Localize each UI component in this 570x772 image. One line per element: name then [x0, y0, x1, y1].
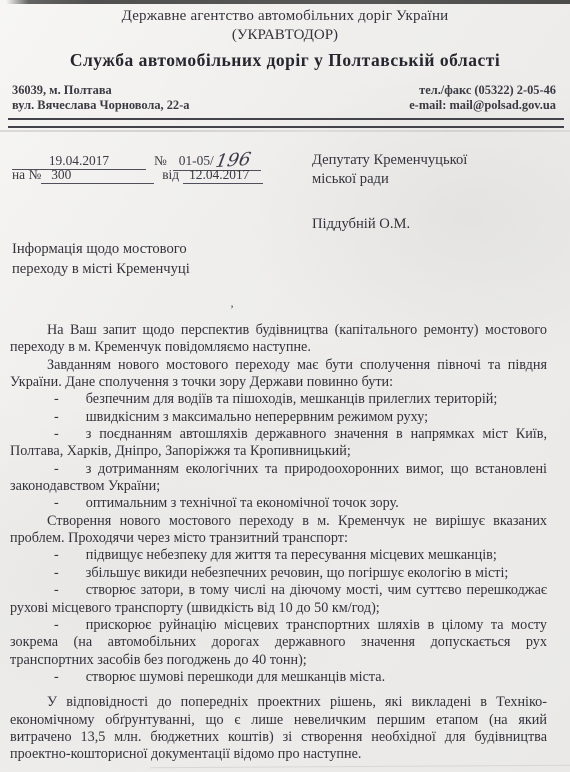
body-paragraph-4: У відповідності до попередніх проектних … — [10, 694, 547, 763]
requirement-item-text: швидкісним з максимально неперервним реж… — [86, 409, 428, 425]
bullet-dash: - — [54, 547, 59, 563]
letterhead-agency-name: Державне агентство автомобільних доріг У… — [0, 8, 570, 25]
problem-item: -створює затори, в тому числі на діючому… — [10, 582, 547, 617]
body-paragraph-2: Завданням нового мостового переходу має … — [10, 357, 547, 392]
problem-item-text: прискорює руйнацію місцевих транспортних… — [10, 617, 547, 668]
reference-number-block: 19.04.2017№01-05/196 на №300від12.04.201… — [12, 149, 263, 185]
outgoing-reference-row: 19.04.2017№01-05/196 — [12, 149, 263, 167]
bullet-dash: - — [54, 409, 59, 425]
problem-item-text: створює шумові перешкоди для мешканців м… — [86, 669, 385, 685]
letterhead-postal-address: 36039, м. Полтава вул. Вячеслава Чорново… — [12, 83, 189, 112]
requirement-item-text: оптимальним з технічної та економічної т… — [86, 495, 399, 511]
recipient-title-line1: Депутату Кременчуцької — [312, 151, 467, 170]
requirement-item-text: безпечним для водіїв та пішоходів, мешка… — [86, 391, 498, 407]
scan-streak-artifact — [0, 130, 570, 132]
number-sign-label: № — [154, 153, 167, 168]
problem-item-text: збільшує викиди небезпечних речовин, що … — [86, 565, 509, 581]
recipient-name: Піддубній О.М. — [312, 215, 467, 234]
recipient-title-line2: міської ради — [312, 170, 467, 189]
incoming-number-label: на № — [12, 167, 41, 182]
problem-item: -прискорює руйнацію місцевих транспортни… — [10, 617, 547, 669]
letterhead-divider-rule — [8, 118, 564, 128]
incoming-number-field: 300 — [41, 167, 154, 184]
bullet-dash: - — [54, 461, 59, 477]
requirement-item: -швидкісним з максимально неперервним ре… — [10, 409, 547, 426]
problem-item: -збільшує викиди небезпечних речовин, що… — [10, 565, 547, 582]
letterhead-service-title: Служба автомобільних доріг у Полтавській… — [0, 50, 570, 71]
requirement-item: -безпечним для водіїв та пішоходів, мешк… — [10, 391, 547, 408]
bullet-dash: - — [54, 495, 59, 511]
requirement-item: -з поєднанням автошляхів державного знач… — [10, 426, 547, 461]
subject-line1: Інформація щодо мостового — [12, 240, 190, 260]
letterhead-contact-block: 36039, м. Полтава вул. Вячеслава Чорново… — [12, 83, 556, 112]
letterhead-phone-email: тел./факс (05322) 2-05-46 e-mail: mail@p… — [409, 83, 556, 112]
requirement-item: -з дотриманням екологічних та природоохо… — [10, 461, 547, 496]
address-street-line: вул. Вячеслава Чорновола, 22-а — [12, 98, 189, 113]
problem-item: -підвищує небезпеку для життя та пересув… — [10, 547, 547, 564]
subject-line2: переходу в місті Кременчуці — [12, 260, 190, 280]
address-city-line: 36039, м. Полтава — [12, 83, 189, 98]
stray-ink-mark: ’ — [230, 302, 234, 317]
letterhead-agency-abbr: (УКРАВТОДОР) — [0, 27, 570, 44]
letter-body: На Ваш запит щодо перспектив будівництва… — [10, 322, 547, 764]
outgoing-number-printed: 01-05/ — [179, 153, 214, 168]
from-date-label: від — [162, 167, 179, 182]
bullet-dash: - — [54, 391, 59, 407]
body-paragraph-3: Створення нового мостового переходу в м.… — [10, 513, 547, 548]
requirement-item-text: з дотриманням екологічних та природоохор… — [10, 461, 547, 494]
phone-line: тел./факс (05322) 2-05-46 — [409, 83, 556, 98]
scan-edge-artifact-top — [6, 0, 570, 4]
body-paragraph-1: На Ваш запит щодо перспектив будівництва… — [10, 322, 547, 357]
problem-item-text: підвищує небезпеку для життя та пересува… — [86, 547, 497, 563]
bullet-dash: - — [54, 565, 59, 581]
requirement-item-text: з поєднанням автошляхів державного значе… — [10, 426, 547, 459]
outgoing-number-handwritten: 196 — [214, 149, 253, 172]
bullet-dash: - — [54, 582, 59, 598]
requirement-item: -оптимальним з технічної та економічної … — [10, 495, 547, 512]
recipient-block: Депутату Кременчуцької міської ради Підд… — [312, 151, 467, 234]
scan-edge-artifact-bottom — [150, 765, 570, 769]
problem-item: -створює шумові перешкоди для мешканців … — [10, 669, 547, 686]
problem-item-text: створює затори, в тому числі на діючому … — [10, 582, 547, 615]
bullet-dash: - — [54, 669, 59, 685]
bullet-dash: - — [54, 426, 59, 442]
email-line: e-mail: mail@polsad.gov.ua — [409, 98, 556, 113]
subject-block: Інформація щодо мостового переходу в міс… — [12, 240, 190, 279]
bullet-dash: - — [54, 617, 59, 633]
scanned-letter-page: Державне агентство автомобільних доріг У… — [0, 0, 570, 772]
